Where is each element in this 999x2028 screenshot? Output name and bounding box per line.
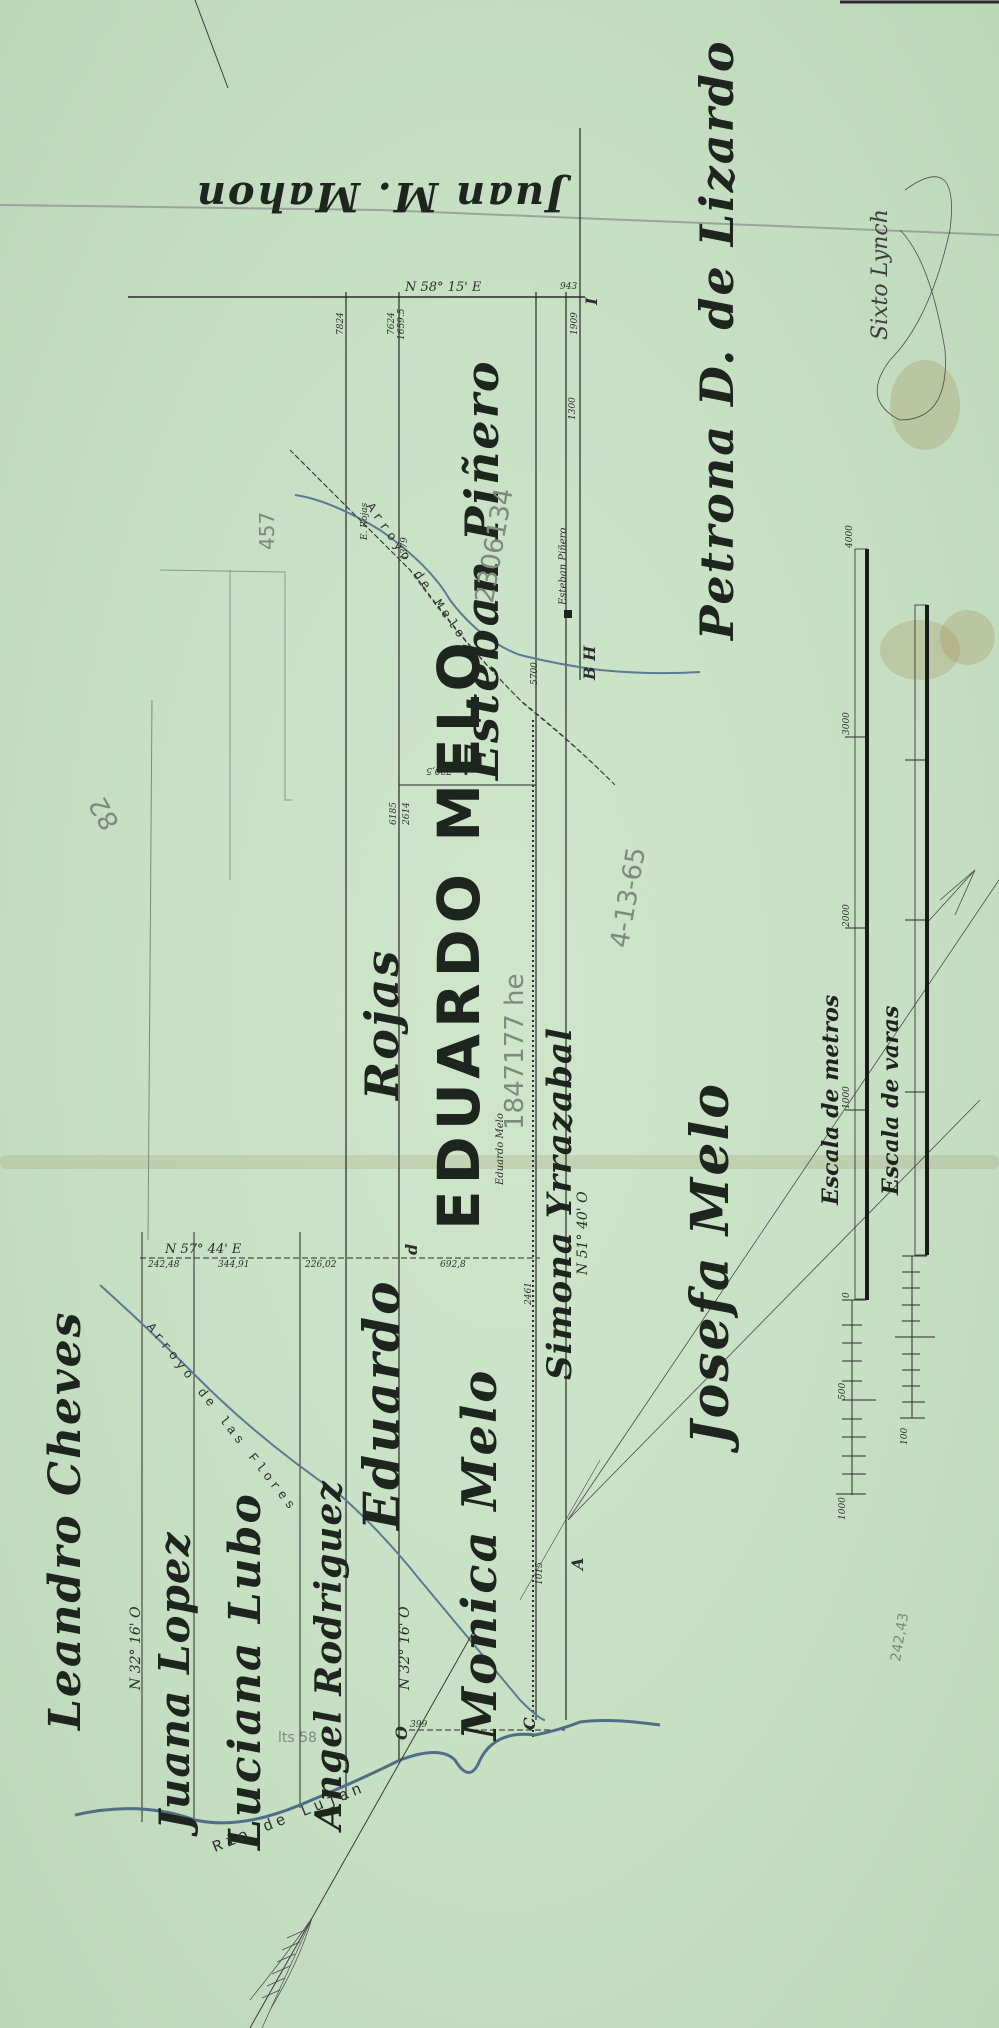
scale-tick-1000-left: 1000 (838, 1497, 848, 1520)
measure-1015: 1015 (535, 1562, 545, 1585)
measure-344: 344,91 (218, 1260, 250, 1270)
vertex-c: C (520, 1717, 539, 1730)
signature: Sixto Lynch (868, 209, 893, 340)
measure-242: 242,48 (148, 1260, 180, 1270)
owner-leandro-cheves: Leandro Cheves (40, 1311, 91, 1730)
scale-tick-0: 0 (842, 1292, 852, 1298)
vertex-b-h: B H (580, 646, 599, 680)
measure-7824: 7824 (336, 312, 346, 335)
measure-7624: 7624 (387, 312, 397, 335)
measure-943: 943 (560, 282, 577, 292)
owner-petrona-lizardo: Petrona D. de Lizardo (690, 39, 744, 640)
owner-rojas: Rojas (355, 949, 409, 1100)
vertex-o: O (392, 1726, 411, 1740)
owner-eduardo: Eduardo (352, 1280, 411, 1530)
vertex-d: d (402, 1244, 421, 1255)
measure-692: 692,8 (440, 1260, 466, 1270)
bearing-middle: N 57° 44' E (165, 1242, 241, 1257)
owner-luciana-lubo: Luciana Lubo (220, 1492, 271, 1850)
measure-5700: 5700 (530, 662, 540, 685)
owner-juan-mahon: Juan M. Mahon (195, 173, 565, 220)
scale-tick-100-varas: 100 (900, 1428, 910, 1445)
measure-1300: 1300 (568, 397, 578, 420)
owner-monica-melo: Monica Melo (452, 1369, 508, 1740)
bearing-left2: N 32° 16' O (397, 1606, 413, 1690)
vertex-a: A (568, 1558, 587, 1570)
measure-1379: 1379 (400, 537, 410, 560)
measure-2461: 2461 (524, 1282, 534, 1305)
scale-tick-500: 500 (838, 1383, 848, 1400)
pencil-note-lts58: lts 58 (278, 1730, 317, 1746)
pencil-note-1847177: 1847177 he (500, 973, 530, 1130)
measure-2614: 2614 (402, 802, 412, 825)
scale-tick-3000: 3000 (842, 712, 852, 735)
measure-226: 226,02 (305, 1260, 337, 1270)
pencil-note-457: 457 (255, 512, 279, 550)
measure-399: 399 (410, 1720, 427, 1730)
owner-juana-lopez: Juana Lopez (150, 1532, 199, 1830)
measure-720: 720,5 (426, 765, 452, 775)
measure-6185: 6185 (389, 802, 399, 825)
measure-1659: 1659.5 (397, 309, 407, 341)
scale-meters-label: Escala de metros (818, 995, 844, 1205)
bearing-simona: N 51° 40' O (575, 1191, 591, 1275)
label-e-rojas: E. Rojas (360, 503, 370, 540)
scale-tick-2000: 2000 (842, 904, 852, 927)
owner-simona-irrazabal: Simona Yrrazabal (540, 1027, 580, 1380)
label-esteban-pinero-small: Esteban Piñero (558, 528, 569, 605)
measure-1909: 1909 (570, 312, 580, 335)
scale-tick-1000: 1000 (842, 1086, 852, 1109)
owner-angel-rodriguez: Angel Rodriguez (308, 1480, 350, 1830)
scale-varas-label: Escala de varas (878, 1006, 904, 1195)
vertex-i: I (582, 298, 601, 305)
scale-tick-4000: 4000 (845, 525, 855, 548)
owner-josefa-melo: Josefa Melo (680, 1082, 741, 1445)
bearing-top: N 58° 15' E (405, 280, 481, 295)
bearing-left1: N 32° 16' O (128, 1606, 144, 1690)
survey-map: Leandro Cheves Juana Lopez Luciana Lubo … (0, 0, 999, 2028)
